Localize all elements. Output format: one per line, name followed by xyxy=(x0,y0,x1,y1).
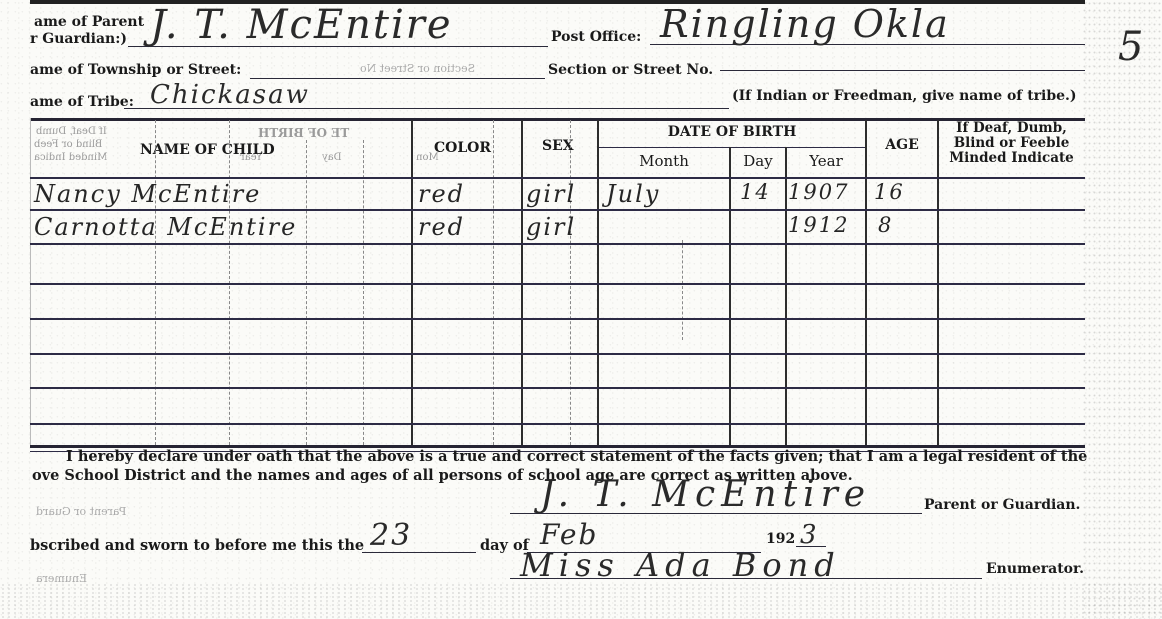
header-color: COLOR xyxy=(434,140,491,156)
scan-speckle-bottom xyxy=(0,583,1162,619)
cell-name[interactable]: Carnotta McEntire xyxy=(34,213,297,241)
bleed-through-text: Minded Indica xyxy=(34,152,107,163)
guardian-signature[interactable]: J. T. McEntire xyxy=(540,474,871,515)
cell-color[interactable]: red xyxy=(418,213,465,241)
header-sex: SEX xyxy=(542,138,574,154)
section-rule xyxy=(720,70,1085,71)
bleed-through-text: Day xyxy=(322,152,342,163)
cell-age[interactable]: 8 xyxy=(878,213,893,237)
header-age: AGE xyxy=(866,137,938,153)
cell-day[interactable]: 14 xyxy=(740,180,771,204)
cell-age[interactable]: 16 xyxy=(874,180,905,204)
tribe-label: ame of Tribe: xyxy=(30,94,134,110)
section-label: Section or Street No. xyxy=(548,62,713,78)
row-rule xyxy=(30,209,1085,211)
sworn-day[interactable]: 23 xyxy=(370,518,412,553)
guardian-label: Parent or Guardian. xyxy=(924,497,1080,513)
row-rule xyxy=(30,423,1085,425)
sworn-label: bscribed and sworn to before me this the xyxy=(30,537,364,554)
bleed-through-divider xyxy=(306,140,307,445)
col-divider xyxy=(729,147,731,445)
bleed-through-divider xyxy=(682,240,683,340)
post-office-value[interactable]: Ringling Okla xyxy=(660,2,950,46)
header-bottom-rule xyxy=(30,177,1085,179)
year-prefix: 192 xyxy=(766,531,795,547)
row-rule xyxy=(30,283,1085,285)
tribe-note: (If Indian or Freedman, give name of tri… xyxy=(732,88,1077,104)
parent-label: ame of Parent xyxy=(34,14,144,30)
township-label: ame of Township or Street: xyxy=(30,62,241,78)
header-deaf-3: Minded Indicate xyxy=(938,150,1085,166)
table-top-border xyxy=(30,118,1085,121)
cell-month[interactable]: July xyxy=(606,180,660,208)
cell-sex[interactable]: girl xyxy=(526,180,576,208)
cell-year[interactable]: 1907 xyxy=(788,180,849,204)
row-rule xyxy=(30,243,1085,245)
bleed-through-text: TE OF BIRTH xyxy=(258,126,349,140)
header-year: Year xyxy=(786,152,866,170)
header-month: Month xyxy=(598,152,730,170)
header-date-of-birth: DATE OF BIRTH xyxy=(598,124,866,140)
bleed-through-text: Blind or Feeb xyxy=(34,139,102,150)
cell-year[interactable]: 1912 xyxy=(788,213,849,237)
bleed-through-text: Parent or Guard xyxy=(36,505,126,518)
row-rule xyxy=(30,318,1085,320)
header-name-of-child: NAME OF CHILD xyxy=(140,142,275,158)
township-ghost-text: Section or Street No xyxy=(360,62,475,75)
col-divider xyxy=(30,118,31,445)
row-rule xyxy=(30,353,1085,355)
enumerator-signature[interactable]: Miss Ada Bond xyxy=(520,546,841,584)
bleed-through-text: If Deaf, Dumb xyxy=(36,126,107,137)
township-rule xyxy=(250,78,545,79)
bleed-through-text: Enumera xyxy=(36,572,87,585)
parent-value[interactable]: J. T. McEntire xyxy=(150,2,453,48)
cell-name[interactable]: Nancy McEntire xyxy=(34,180,261,208)
date-of-birth-subrule xyxy=(598,147,866,148)
cell-sex[interactable]: girl xyxy=(526,213,576,241)
header-day: Day xyxy=(730,152,786,170)
tribe-value[interactable]: Chickasaw xyxy=(150,80,310,110)
header-deaf-1: If Deaf, Dumb, xyxy=(938,120,1085,136)
scan-speckle-right xyxy=(1082,0,1162,619)
row-rule xyxy=(30,387,1085,389)
bleed-through-divider xyxy=(363,140,364,445)
cell-color[interactable]: red xyxy=(418,180,465,208)
post-office-label: Post Office: xyxy=(551,29,641,45)
header-deaf-2: Blind or Feeble xyxy=(938,135,1085,151)
page-number: 5 xyxy=(1118,24,1143,70)
enumerator-label: Enumerator. xyxy=(986,561,1084,577)
declaration-line-1: I hereby declare under oath that the abo… xyxy=(66,448,1087,465)
col-divider xyxy=(785,147,787,445)
parent-label-2: r Guardian:) xyxy=(30,31,127,47)
